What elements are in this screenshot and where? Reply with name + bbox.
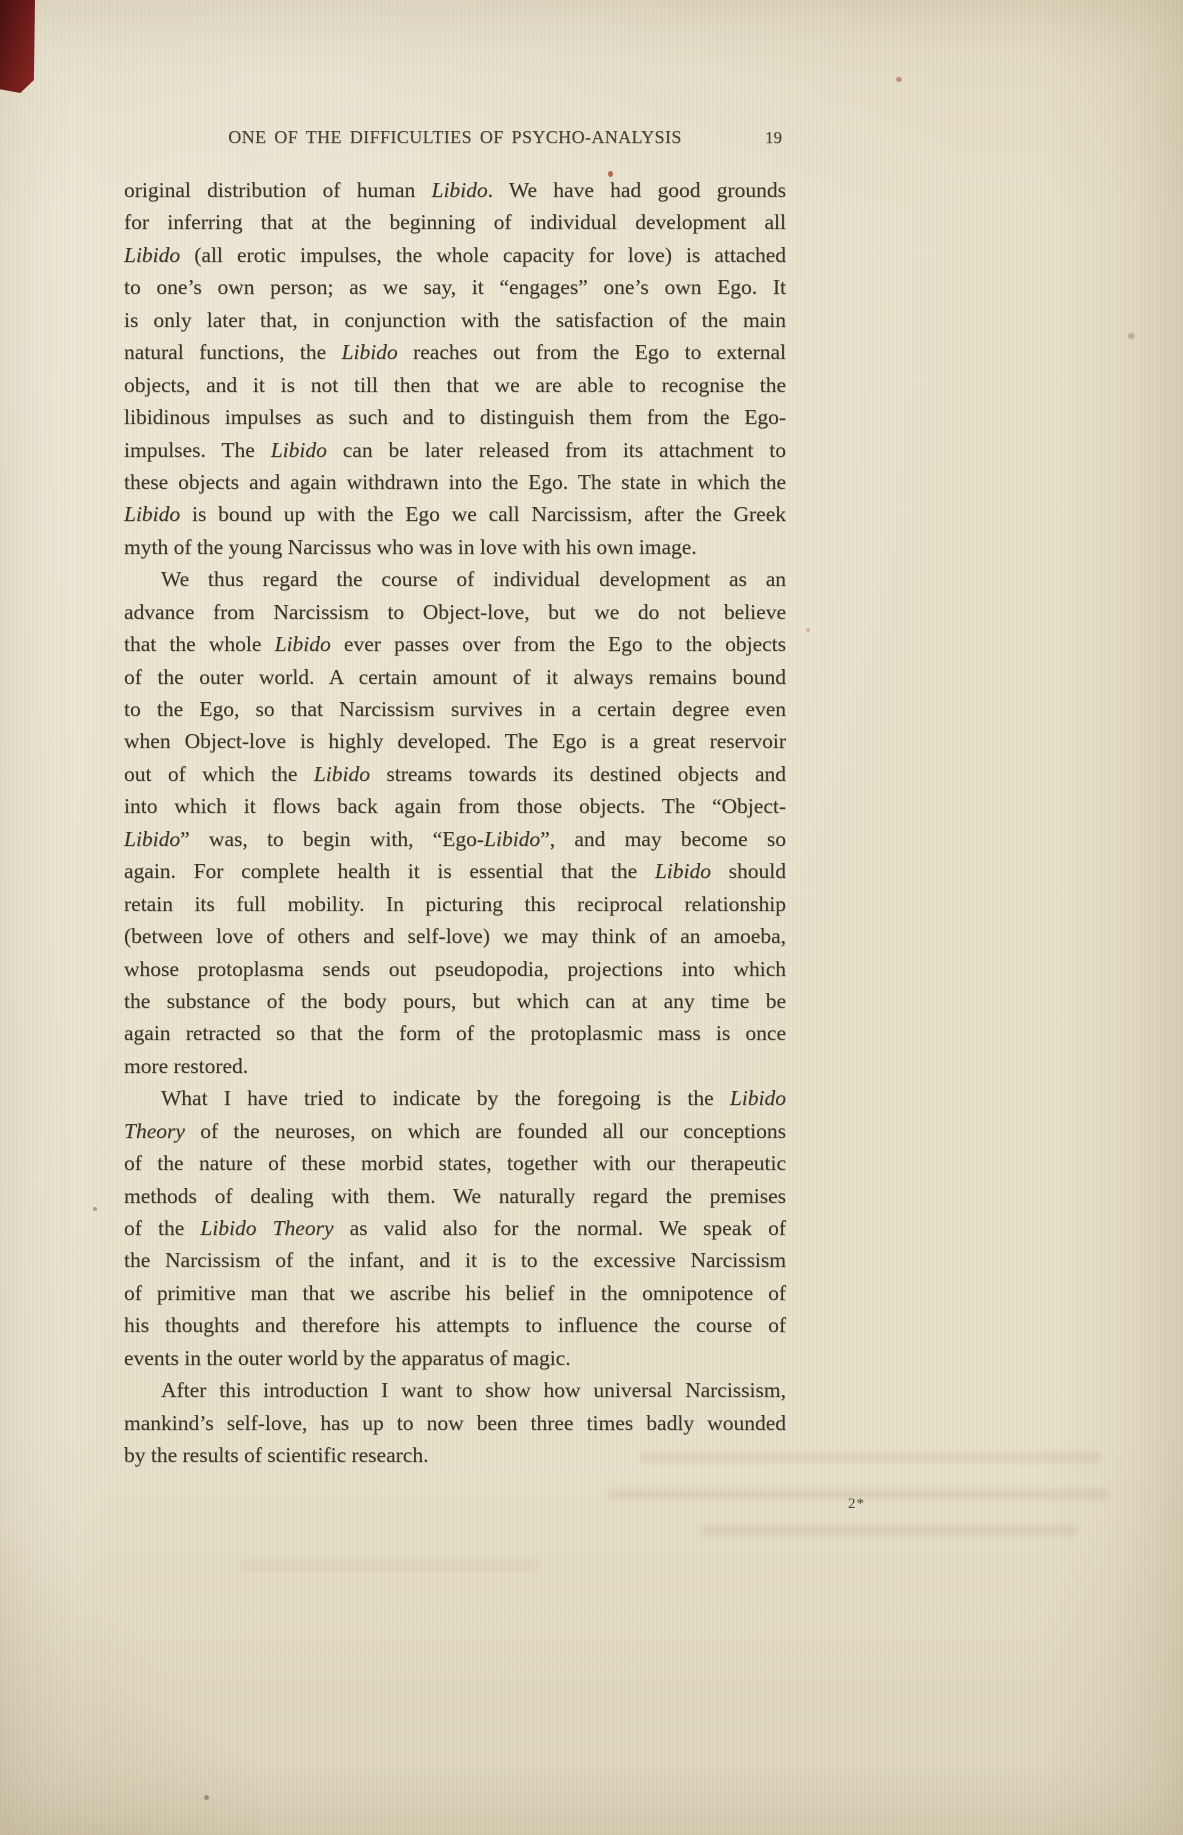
- foxing-speck: [93, 1207, 97, 1211]
- text-line: advance from Narcissism to Object-love, …: [124, 596, 786, 628]
- text-run: whose protoplasma sends out pseudopodia,…: [124, 957, 786, 981]
- text-run: of the nature of these morbid states, to…: [124, 1151, 786, 1175]
- binding-corner-mark: [0, 0, 35, 93]
- text-run: can be later released from its attachmen…: [327, 438, 786, 462]
- text-line: again. For complete health it is essenti…: [124, 855, 786, 887]
- text-run: ” was, to begin with, “Ego-: [180, 827, 484, 851]
- text-line: that the whole Libido ever passes over f…: [124, 628, 786, 660]
- page-header: ONE OF THE DIFFICULTIES OF PSYCHO-ANALYS…: [124, 127, 786, 153]
- text-run: his thoughts and therefore his attempts …: [124, 1313, 786, 1337]
- text-run: these objects and again withdrawn into t…: [124, 470, 786, 494]
- text-line: We thus regard the course of individual …: [124, 563, 786, 595]
- text-line: of primitive man that we ascribe his bel…: [124, 1277, 786, 1309]
- text-run: of the neuroses, on which are founded al…: [185, 1119, 786, 1143]
- text-line: to one’s own person; as we say, it “enga…: [124, 271, 786, 303]
- text-run: is bound up with the Ego we call Narciss…: [180, 502, 786, 526]
- italic-run: Libido: [432, 178, 488, 202]
- text-line: his thoughts and therefore his attempts …: [124, 1309, 786, 1341]
- text-run: retain its full mobility. In picturing t…: [124, 892, 786, 916]
- foxing-speck: [806, 628, 810, 632]
- text-line: is only later that, in conjunction with …: [124, 304, 786, 336]
- text-run: should: [711, 859, 786, 883]
- text-run: We thus regard the course of individual …: [161, 567, 786, 591]
- text-run: myth of the young Narcissus who was in l…: [124, 535, 697, 559]
- show-through-line: [640, 1452, 1102, 1463]
- italic-run: Libido: [271, 438, 327, 462]
- text-line: the Narcissism of the infant, and it is …: [124, 1244, 786, 1276]
- text-run: when Object-love is highly developed. Th…: [124, 729, 786, 753]
- text-line: for inferring that at the beginning of i…: [124, 206, 786, 238]
- text-run: the substance of the body pours, but whi…: [124, 989, 786, 1013]
- text-line: into which it flows back again from thos…: [124, 790, 786, 822]
- text-run: . We have had good grounds: [488, 178, 786, 202]
- text-line: Libido is bound up with the Ego we call …: [124, 498, 786, 530]
- text-run: again retracted so that the form of the …: [124, 1021, 786, 1045]
- italic-run: Libido: [730, 1086, 786, 1110]
- text-line: Libido (all erotic impulses, the whole c…: [124, 239, 786, 271]
- show-through-line: [240, 1560, 540, 1571]
- text-line: natural functions, the Libido reaches ou…: [124, 336, 786, 368]
- text-line: (between love of others and self-love) w…: [124, 920, 786, 952]
- text-line: libidinous impulses as such and to disti…: [124, 401, 786, 433]
- text-run: objects, and it is not till then that we…: [124, 373, 786, 397]
- text-run: (between love of others and self-love) w…: [124, 924, 786, 948]
- text-line: events in the outer world by the apparat…: [124, 1342, 786, 1374]
- text-line: whose protoplasma sends out pseudopodia,…: [124, 953, 786, 985]
- text-line: out of which the Libido streams towards …: [124, 758, 786, 790]
- text-line: myth of the young Narcissus who was in l…: [124, 531, 786, 563]
- text-run: of the: [124, 1216, 200, 1240]
- text-run: again. For complete health it is essenti…: [124, 859, 655, 883]
- text-line: What I have tried to indicate by the for…: [124, 1082, 786, 1114]
- text-line: of the nature of these morbid states, to…: [124, 1147, 786, 1179]
- italic-run: Theory: [124, 1119, 185, 1143]
- text-line: again retracted so that the form of the …: [124, 1017, 786, 1049]
- text-line: when Object-love is highly developed. Th…: [124, 725, 786, 757]
- text-line: of the outer world. A certain amount of …: [124, 661, 786, 693]
- text-run: (all erotic impulses, the whole capacity…: [180, 243, 786, 267]
- text-run: natural functions, the: [124, 340, 342, 364]
- text-line: original distribution of human Libido. W…: [124, 174, 786, 206]
- text-run: mankind’s self-love, has up to now been …: [124, 1411, 786, 1435]
- text-run: reaches out from the Ego to external: [398, 340, 786, 364]
- text-run: After this introduction I want to show h…: [161, 1378, 786, 1402]
- text-run: ever passes over from the Ego to the obj…: [331, 632, 786, 656]
- running-head-title: ONE OF THE DIFFICULTIES OF PSYCHO-ANALYS…: [124, 127, 786, 148]
- text-line: of the Libido Theory as valid also for t…: [124, 1212, 786, 1244]
- page-curl-shadow: [0, 1535, 260, 1835]
- italic-run: Libido: [124, 243, 180, 267]
- text-line: Theory of the neuroses, on which are fou…: [124, 1115, 786, 1147]
- text-line: After this introduction I want to show h…: [124, 1374, 786, 1406]
- text-run: more restored.: [124, 1054, 248, 1078]
- foxing-speck: [1128, 333, 1135, 339]
- foxing-speck: [896, 77, 902, 82]
- text-run: impulses. The: [124, 438, 271, 462]
- text-run: of the outer world. A certain amount of …: [124, 665, 786, 689]
- text-line: mankind’s self-love, has up to now been …: [124, 1407, 786, 1439]
- text-run: libidinous impulses as such and to disti…: [124, 405, 786, 429]
- body-text: original distribution of human Libido. W…: [124, 174, 786, 1472]
- page-number: 19: [765, 128, 782, 148]
- show-through-line: [700, 1525, 1078, 1536]
- italic-run: Libido: [484, 827, 540, 851]
- text-line: impulses. The Libido can be later releas…: [124, 434, 786, 466]
- text-line: to the Ego, so that Narcissism survives …: [124, 693, 786, 725]
- italic-run: Libido Theory: [200, 1216, 333, 1240]
- text-run: out of which the: [124, 762, 314, 786]
- text-run: as valid also for the normal. We speak o…: [334, 1216, 786, 1240]
- text-run: is only later that, in conjunction with …: [124, 308, 786, 332]
- italic-run: Libido: [314, 762, 370, 786]
- text-run: to one’s own person; as we say, it “enga…: [124, 275, 786, 299]
- italic-run: Libido: [124, 502, 180, 526]
- text-run: the Narcissism of the infant, and it is …: [124, 1248, 786, 1272]
- text-run: events in the outer world by the apparat…: [124, 1346, 571, 1370]
- text-run: of primitive man that we ascribe his bel…: [124, 1281, 786, 1305]
- text-run: advance from Narcissism to Object-love, …: [124, 600, 786, 624]
- italic-run: Libido: [124, 827, 180, 851]
- italic-run: Libido: [275, 632, 331, 656]
- italic-run: Libido: [342, 340, 398, 364]
- text-line: the substance of the body pours, but whi…: [124, 985, 786, 1017]
- text-line: objects, and it is not till then that we…: [124, 369, 786, 401]
- text-line: methods of dealing with them. We natural…: [124, 1180, 786, 1212]
- text-block: ONE OF THE DIFFICULTIES OF PSYCHO-ANALYS…: [124, 127, 786, 1472]
- foxing-speck: [608, 171, 613, 177]
- text-line: more restored.: [124, 1050, 786, 1082]
- text-line: retain its full mobility. In picturing t…: [124, 888, 786, 920]
- text-run: to the Ego, so that Narcissism survives …: [124, 697, 786, 721]
- text-run: What I have tried to indicate by the for…: [161, 1086, 730, 1110]
- book-page-scan: ONE OF THE DIFFICULTIES OF PSYCHO-ANALYS…: [0, 0, 1183, 1835]
- show-through-line: [608, 1489, 1110, 1500]
- text-run: original distribution of human: [124, 178, 432, 202]
- text-run: into which it flows back again from thos…: [124, 794, 786, 818]
- text-run: for inferring that at the beginning of i…: [124, 210, 786, 234]
- text-line: these objects and again withdrawn into t…: [124, 466, 786, 498]
- italic-run: Libido: [655, 859, 711, 883]
- text-line: Libido” was, to begin with, “Ego-Libido”…: [124, 823, 786, 855]
- text-run: methods of dealing with them. We natural…: [124, 1184, 786, 1208]
- text-run: ”, and may become so: [540, 827, 786, 851]
- text-run: that the whole: [124, 632, 275, 656]
- text-run: by the results of scientific research.: [124, 1443, 428, 1467]
- text-run: streams towards its destined objects and: [370, 762, 786, 786]
